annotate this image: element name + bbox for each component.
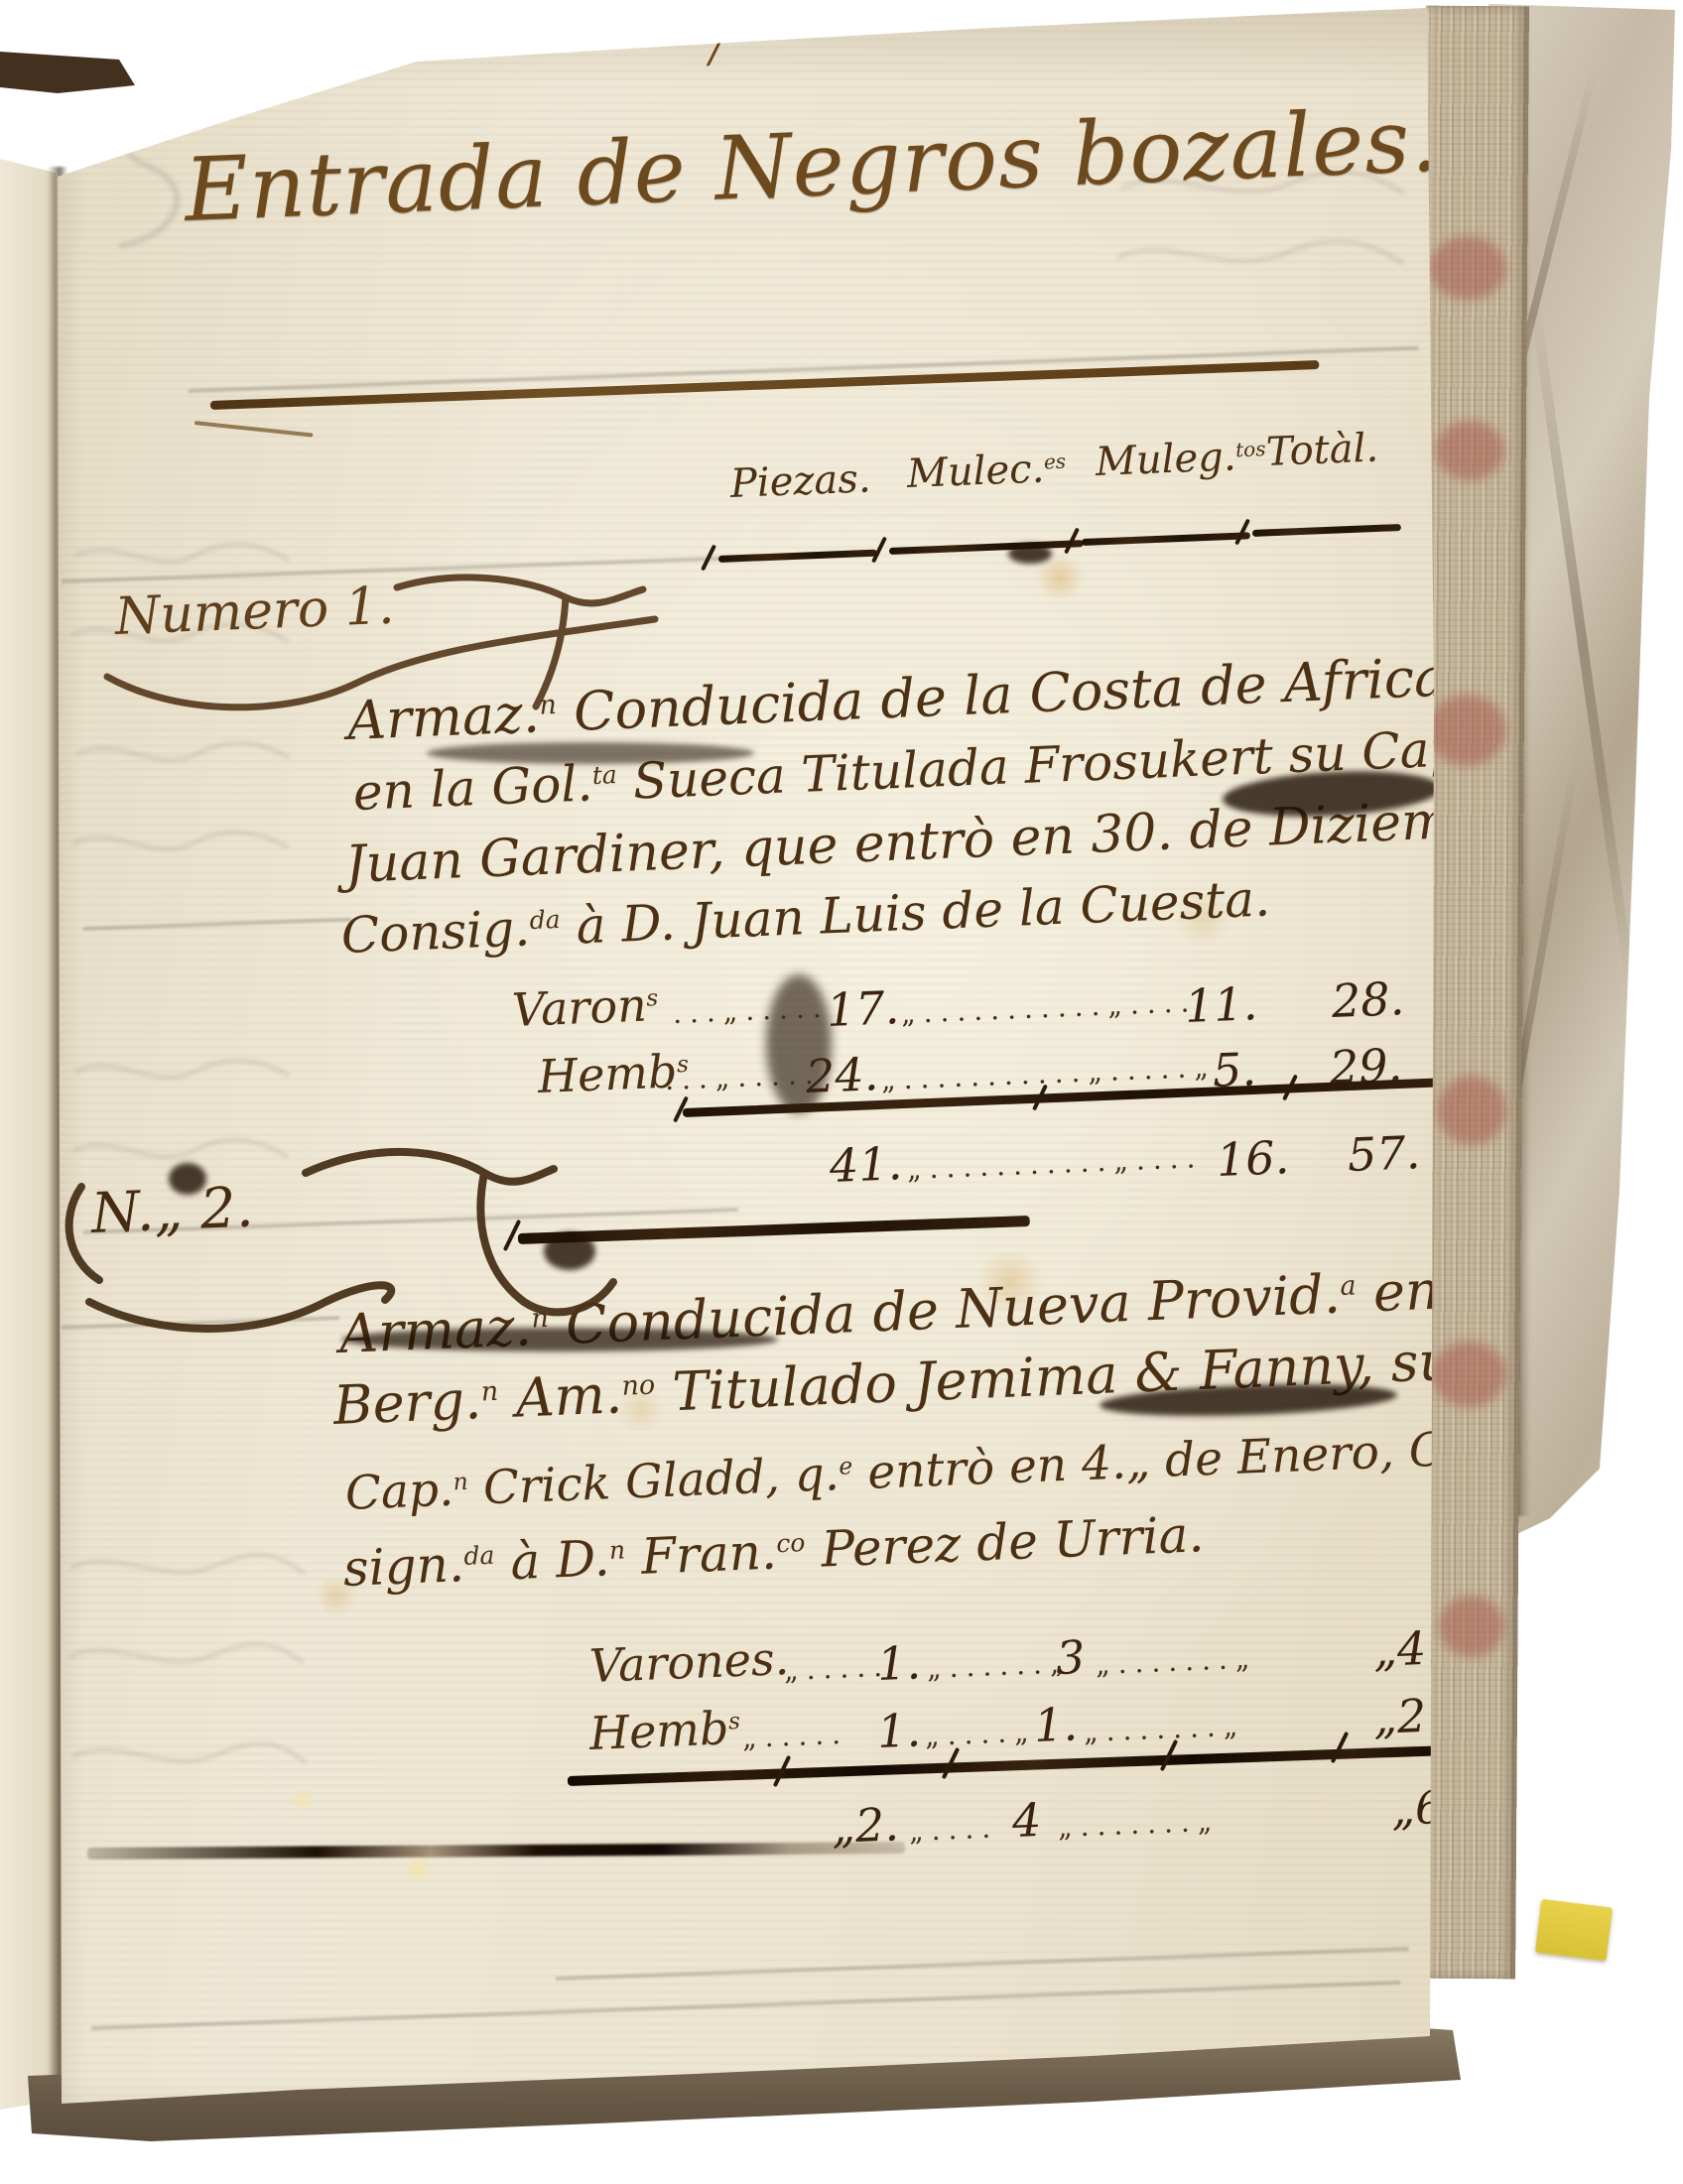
dot-leader: „.......„	[1083, 1712, 1245, 1746]
dot-leader: „.......„	[1057, 1807, 1220, 1842]
dot-leader: „.....	[741, 1721, 848, 1752]
red-edge-speckle	[1431, 1342, 1506, 1407]
parchment-crease	[1529, 301, 1635, 990]
bookmark-tab	[1535, 1899, 1613, 1961]
smudged-closing-line	[87, 1842, 905, 1860]
dot-leader: „......„	[926, 1649, 1072, 1683]
entry-text-line: sign.da à D.n Fran.co Perez de Urria.	[342, 1509, 1205, 1594]
red-edge-speckle	[1429, 236, 1506, 300]
text-segment: à D.	[493, 1529, 610, 1592]
red-edge-speckle	[1439, 1596, 1504, 1657]
superscript: co	[776, 1528, 806, 1558]
dot-leader: „....„	[924, 1718, 1037, 1749]
superscript: no	[621, 1369, 656, 1401]
superscript: e	[839, 1452, 853, 1480]
row-label-hembras: Hembs	[588, 1705, 741, 1756]
value-piezas: 1.	[876, 1707, 922, 1754]
text-segment: Am.	[497, 1362, 623, 1430]
entry-text-line: Cap.n Crick Gladd, q.e entrò en 4.„ de E…	[344, 1424, 1503, 1517]
manuscript-photo: 7 Entrada de Negros bozales. Piezas. Mul…	[0, 0, 1683, 2184]
superscript: n	[480, 1376, 499, 1408]
superscript: da	[463, 1541, 495, 1571]
text-segment: entrò en 4.„ de Enero, Con	[851, 1420, 1503, 1500]
ink-blot	[169, 1163, 206, 1195]
total-muleques: 4	[1011, 1797, 1042, 1844]
text-segment: Perez de Urria.	[805, 1505, 1206, 1579]
dot-leader: „.....	[783, 1653, 890, 1685]
superscript: s	[728, 1709, 741, 1734]
value-muleques: 3	[1055, 1634, 1086, 1681]
text-segment: sign.	[342, 1535, 465, 1598]
red-edge-speckle	[1435, 421, 1504, 480]
superscript: a	[1340, 1270, 1357, 1302]
superscript: n	[453, 1468, 468, 1496]
text-segment: Hemb	[588, 1701, 729, 1760]
red-edge-speckle	[1437, 1076, 1506, 1145]
row-label-varones: Varones.	[588, 1635, 790, 1689]
value-piezas: 1.	[876, 1639, 922, 1687]
ink-blot	[544, 1232, 595, 1270]
dot-leader: „....	[908, 1814, 998, 1846]
text-segment: Fran.	[624, 1522, 778, 1586]
dot-leader: „.......„	[1095, 1644, 1257, 1679]
text-segment: Titulado Jemima	[654, 1343, 1135, 1424]
superscript: n	[608, 1535, 625, 1565]
value-muleques: 1.	[1033, 1701, 1079, 1748]
text-segment: Cap.	[344, 1463, 454, 1521]
binding-leather-corner	[0, 44, 137, 95]
text-segment: Berg.	[332, 1368, 483, 1437]
ink-smear	[341, 1328, 778, 1351]
text-segment: Crick Gladd, q.	[467, 1447, 841, 1516]
red-edge-speckle	[1427, 695, 1506, 766]
